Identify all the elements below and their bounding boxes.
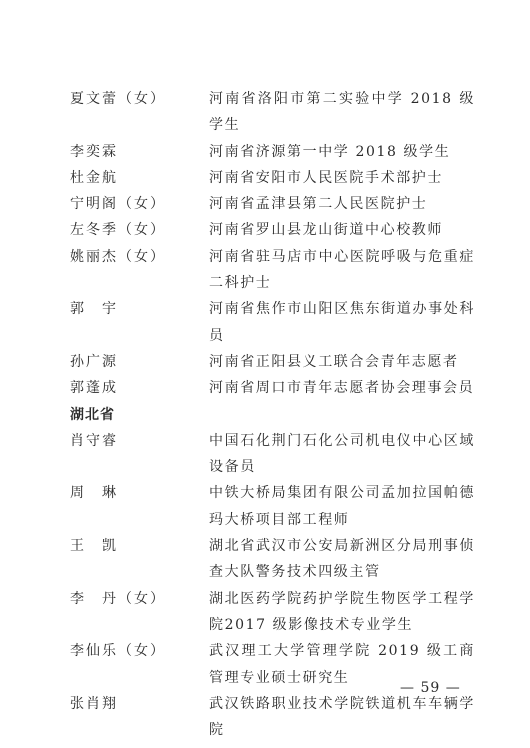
honoree-list: 夏文蕾（女） 河南省洛阳市第二实验中学 2018 级学生 李奕霖 河南省济源第一… [70, 86, 475, 743]
person-name: 孙广源 [70, 349, 209, 375]
list-item: 李奕霖 河南省济源第一中学 2018 级学生 [70, 139, 475, 165]
list-item: 姚丽杰（女） 河南省驻马店市中心医院呼吸与危重症二科护士 [70, 244, 475, 297]
person-affiliation: 河南省驻马店市中心医院呼吸与危重症二科护士 [209, 244, 475, 297]
person-name: 李奕霖 [70, 139, 209, 165]
person-affiliation: 河南省周口市青年志愿者协会理事会员 [209, 375, 475, 401]
list-item: 孙广源 河南省正阳县义工联合会青年志愿者 [70, 349, 475, 375]
page-number: — 59 — [400, 680, 461, 696]
person-name: 左冬季（女） [70, 217, 209, 243]
person-affiliation: 河南省焦作市山阳区焦东街道办事处科员 [209, 296, 475, 349]
person-name: 杜金航 [70, 165, 209, 191]
person-affiliation: 武汉铁路职业技术学院铁道机车车辆学院 [209, 691, 475, 744]
person-affiliation: 河南省安阳市人民医院手术部护士 [209, 165, 475, 191]
person-name: 肖守睿 [70, 428, 209, 454]
list-item: 肖守睿 中国石化荆门石化公司机电仪中心区域设备员 [70, 428, 475, 481]
person-name: 夏文蕾（女） [70, 86, 209, 112]
document-page: 夏文蕾（女） 河南省洛阳市第二实验中学 2018 级学生 李奕霖 河南省济源第一… [0, 0, 530, 748]
person-name: 郭 宇 [70, 296, 209, 322]
person-name: 宁明阁（女） [70, 191, 209, 217]
person-affiliation: 湖北省武汉市公安局新洲区分局刑事侦查大队警务技术四级主管 [209, 533, 475, 586]
list-item: 郭 宇 河南省焦作市山阳区焦东街道办事处科员 [70, 296, 475, 349]
person-affiliation: 湖北医药学院药护学院生物医学工程学院2017 级影像技术专业学生 [209, 586, 475, 639]
person-name: 李仙乐（女） [70, 638, 209, 664]
person-name: 姚丽杰（女） [70, 244, 209, 270]
list-item: 王 凯 湖北省武汉市公安局新洲区分局刑事侦查大队警务技术四级主管 [70, 533, 475, 586]
list-item: 宁明阁（女） 河南省孟津县第二人民医院护士 [70, 191, 475, 217]
list-item: 周 琳 中铁大桥局集团有限公司孟加拉国帕德玛大桥项目部工程师 [70, 480, 475, 533]
list-item: 李 丹（女） 湖北医药学院药护学院生物医学工程学院2017 级影像技术专业学生 [70, 586, 475, 639]
list-item: 夏文蕾（女） 河南省洛阳市第二实验中学 2018 级学生 [70, 86, 475, 139]
list-item: 左冬季（女） 河南省罗山县龙山街道中心校教师 [70, 217, 475, 243]
person-name: 张肖翔 [70, 691, 209, 717]
person-affiliation: 河南省济源第一中学 2018 级学生 [209, 139, 475, 165]
person-name: 王 凯 [70, 533, 209, 559]
person-affiliation: 中国石化荆门石化公司机电仪中心区域设备员 [209, 428, 475, 481]
person-name: 李 丹（女） [70, 586, 209, 612]
person-affiliation: 中铁大桥局集团有限公司孟加拉国帕德玛大桥项目部工程师 [209, 480, 475, 533]
person-affiliation: 河南省罗山县龙山街道中心校教师 [209, 217, 475, 243]
person-affiliation: 河南省洛阳市第二实验中学 2018 级学生 [209, 86, 475, 139]
section-heading-hubei: 湖北省 [70, 402, 475, 428]
person-name: 郭蓬成 [70, 375, 209, 401]
person-name: 周 琳 [70, 480, 209, 506]
list-item: 郭蓬成 河南省周口市青年志愿者协会理事会员 [70, 375, 475, 401]
list-item: 杜金航 河南省安阳市人民医院手术部护士 [70, 165, 475, 191]
person-affiliation: 河南省孟津县第二人民医院护士 [209, 191, 475, 217]
list-item: 张肖翔 武汉铁路职业技术学院铁道机车车辆学院 [70, 691, 475, 744]
person-affiliation: 河南省正阳县义工联合会青年志愿者 [209, 349, 475, 375]
